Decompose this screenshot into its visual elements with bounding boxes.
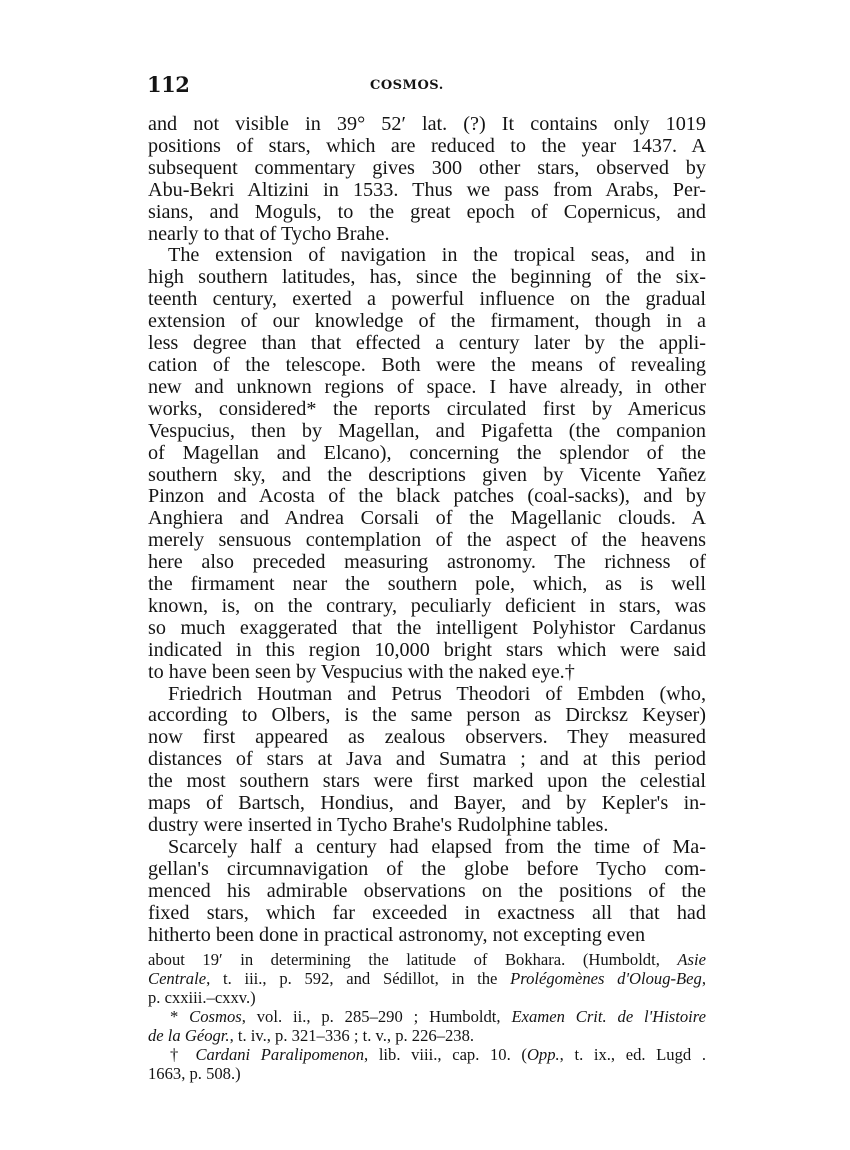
text-line: known, is, on the contrary, peculiarly d… — [148, 596, 706, 618]
page-number: 112 — [147, 72, 189, 97]
text-line: maps of Bartsch, Hondius, and Bayer, and… — [148, 793, 706, 815]
paragraph: Scarcely half a century had elapsed from… — [148, 837, 706, 947]
text-line: the most southern stars were first marke… — [148, 771, 706, 793]
text-line: menced his admirable observations on the… — [148, 881, 706, 903]
footnote-continued: about 19′ in determining the latitude of… — [148, 950, 706, 1007]
text-line: Scarcely half a century had elapsed from… — [148, 837, 706, 859]
text-line: the firmament near the southern pole, wh… — [148, 574, 706, 596]
footnote-dagger: † Cardani Paralipomenon, lib. viii., cap… — [148, 1045, 706, 1083]
text-line: works, considered* the reports circulate… — [148, 399, 706, 421]
text-line: fixed stars, which far exceeded in exact… — [148, 903, 706, 925]
text-line: Pinzon and Acosta of the black patches (… — [148, 486, 706, 508]
text-line: now first appeared as zealous observers.… — [148, 727, 706, 749]
text-line: according to Olbers, is the same person … — [148, 705, 706, 727]
text-line: The extension of navigation in the tropi… — [148, 245, 706, 267]
footnote-star: * Cosmos, vol. ii., p. 285–290 ; Humbold… — [148, 1007, 706, 1045]
text-line: sians, and Moguls, to the great epoch of… — [148, 202, 706, 224]
text-line: indicated in this region 10,000 bright s… — [148, 640, 706, 662]
text-line: positions of stars, which are reduced to… — [148, 136, 706, 158]
text-line: Vespucius, then by Magellan, and Pigafet… — [148, 421, 706, 443]
footnote-marker-star: * — [170, 1007, 189, 1026]
footnote-marker-dagger: † — [170, 1045, 195, 1064]
body-text: and not visible in 39° 52′ lat. (?) It c… — [148, 114, 706, 946]
text-line: cation of the telescope. Both were the m… — [148, 355, 706, 377]
text-line: distances of stars at Java and Sumatra ;… — [148, 749, 706, 771]
text-line: hitherto been done in practical astronom… — [148, 925, 706, 947]
text-line: to have been seen by Vespucius with the … — [148, 662, 706, 684]
text-line: subsequent commentary gives 300 other st… — [148, 158, 706, 180]
text-line: southern sky, and the descriptions given… — [148, 465, 706, 487]
text-line: high southern latitudes, has, since the … — [148, 267, 706, 289]
text-line: merely sensuous contemplation of the asp… — [148, 530, 706, 552]
text-line: so much exaggerated that the intelligent… — [148, 618, 706, 640]
text-line: less degree than that effected a century… — [148, 333, 706, 355]
text-line: gellan's circumnavigation of the globe b… — [148, 859, 706, 881]
text-line: and not visible in 39° 52′ lat. (?) It c… — [148, 114, 706, 136]
paragraph: and not visible in 39° 52′ lat. (?) It c… — [148, 114, 706, 245]
text-line: Anghiera and Andrea Corsali of the Magel… — [148, 508, 706, 530]
paragraph: Friedrich Houtman and Petrus Theodori of… — [148, 684, 706, 837]
text-line: Abu-Bekri Altizini in 1533. Thus we pass… — [148, 180, 706, 202]
text-line: extension of our knowledge of the firmam… — [148, 311, 706, 333]
paragraph: The extension of navigation in the tropi… — [148, 245, 706, 683]
book-page: 112 COSMOS. and not visible in 39° 52′ l… — [148, 72, 706, 1083]
text-line: Friedrich Houtman and Petrus Theodori of… — [148, 684, 706, 706]
text-line: dustry were inserted in Tycho Brahe's Ru… — [148, 815, 706, 837]
text-line: here also preceded measuring astronomy. … — [148, 552, 706, 574]
text-line: teenth century, exerted a powerful influ… — [148, 289, 706, 311]
text-line: of Magellan and Elcano), concerning the … — [148, 443, 706, 465]
text-line: new and unknown regions of space. I have… — [148, 377, 706, 399]
footnotes: about 19′ in determining the latitude of… — [148, 950, 706, 1083]
text-line: nearly to that of Tycho Brahe. — [148, 224, 706, 246]
running-head: COSMOS. — [370, 78, 444, 93]
page-header: 112 COSMOS. — [148, 72, 706, 102]
